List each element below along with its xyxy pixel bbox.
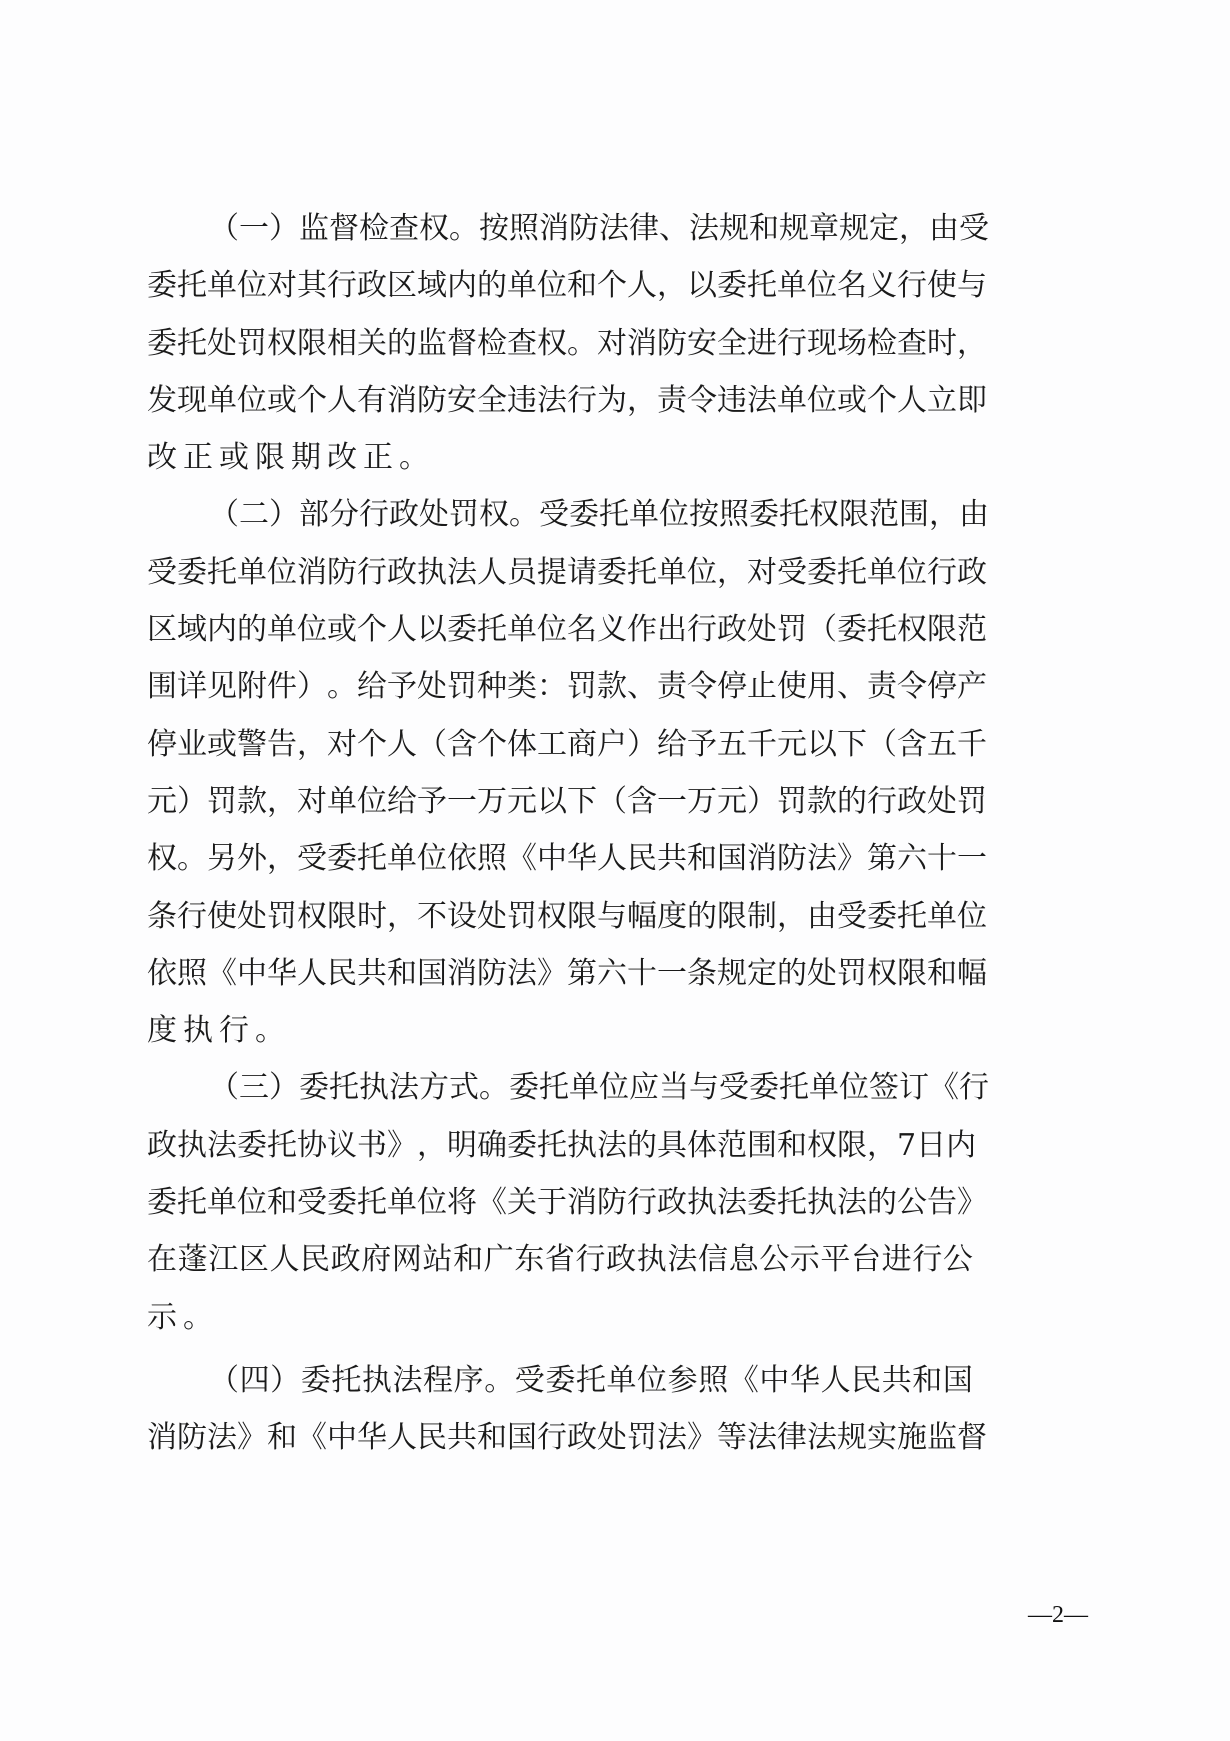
text-line: 改正或限期改正。 xyxy=(147,429,973,486)
paragraph-delegation-method: （三）委托执法方式。委托单位应当与受委托单位签订《行 政执法委托协议书》，明确委… xyxy=(147,1059,973,1345)
text-line: 停业或警告，对个人（含个体工商户）给予五千元以下（含五千 xyxy=(147,716,973,773)
text-line: 区域内的单位或个人以委托单位名义作出行政处罚（委托权限范 xyxy=(147,601,973,658)
text-line: 权。另外，受委托单位依照《中华人民共和国消防法》第六十一 xyxy=(147,830,973,887)
page-number: —2— xyxy=(1028,1600,1088,1630)
text-line: 依照《中华人民共和国消防法》第六十一条规定的处罚权限和幅 xyxy=(147,945,973,1002)
text-line: 委托处罚权限相关的监督检查权。对消防安全进行现场检查时， xyxy=(147,315,973,372)
paragraph-delegation-procedure: （四）委托执法程序。受委托单位参照《中华人民共和国 消防法》和《中华人民共和国行… xyxy=(147,1352,973,1467)
text-line: 条行使处罚权限时，不设处罚权限与幅度的限制，由受委托单位 xyxy=(147,888,973,945)
text-line: 在蓬江区人民政府网站和广东省行政执法信息公示平台进行公 xyxy=(147,1231,973,1288)
text-line: 政执法委托协议书》，明确委托执法的具体范围和权限，7日内 xyxy=(147,1117,973,1174)
text-line: （一）监督检查权。按照消防法律、法规和规章规定，由受 xyxy=(147,200,973,257)
text-line: （二）部分行政处罚权。受委托单位按照委托权限范围，由 xyxy=(147,486,973,543)
text-line: （三）委托执法方式。委托单位应当与受委托单位签订《行 xyxy=(147,1059,973,1116)
text-line: 度执行。 xyxy=(147,1002,973,1059)
text-line: 元）罚款，对单位给予一万元以下（含一万元）罚款的行政处罚 xyxy=(147,773,973,830)
text-line: 围详见附件）。给予处罚种类：罚款、责令停止使用、责令停产 xyxy=(147,658,973,715)
text-line: 受委托单位消防行政执法人员提请委托单位，对受委托单位行政 xyxy=(147,544,973,601)
text-line: 示。 xyxy=(147,1289,973,1346)
text-line: （四）委托执法程序。受委托单位参照《中华人民共和国 xyxy=(147,1352,973,1409)
text-line: 委托单位和受委托单位将《关于消防行政执法委托执法的公告》 xyxy=(147,1174,973,1231)
paragraph-administrative-penalty: （二）部分行政处罚权。受委托单位按照委托权限范围，由 受委托单位消防行政执法人员… xyxy=(147,486,973,1059)
text-line: 发现单位或个人有消防安全违法行为，责令违法单位或个人立即 xyxy=(147,372,973,429)
document-page: （一）监督检查权。按照消防法律、法规和规章规定，由受 委托单位对其行政区域内的单… xyxy=(0,0,1230,1741)
text-line: 消防法》和《中华人民共和国行政处罚法》等法律法规实施监督 xyxy=(147,1409,973,1466)
paragraph-supervision-inspection: （一）监督检查权。按照消防法律、法规和规章规定，由受 委托单位对其行政区域内的单… xyxy=(147,200,973,486)
text-line: 委托单位对其行政区域内的单位和个人，以委托单位名义行使与 xyxy=(147,257,973,314)
document-body: （一）监督检查权。按照消防法律、法规和规章规定，由受 委托单位对其行政区域内的单… xyxy=(147,200,973,1467)
